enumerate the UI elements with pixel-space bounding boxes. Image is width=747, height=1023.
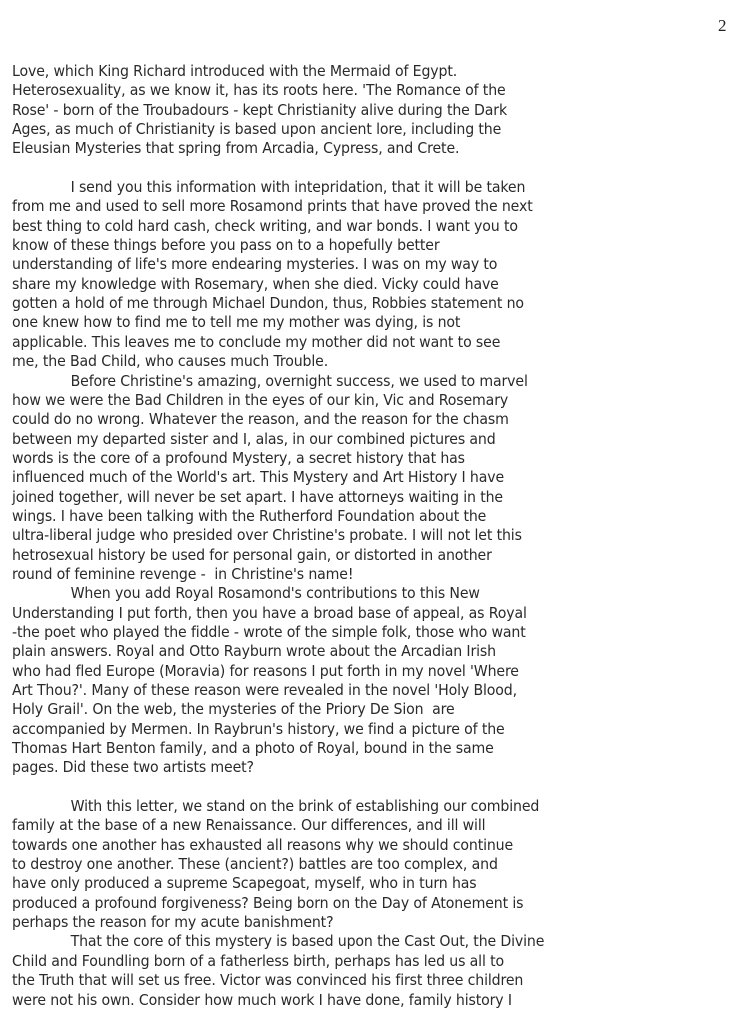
text-line: Love, which King Richard introduced with… (12, 62, 682, 81)
text-line: That the core of this mystery is based u… (12, 932, 682, 951)
text-line: Ages, as much of Christianity is based u… (12, 120, 682, 139)
text-line: pages. Did these two artists meet? (12, 758, 682, 777)
page-number: 2 (718, 16, 727, 36)
paragraph: I send you this information with intepri… (12, 178, 682, 371)
text-line: I send you this information with intepri… (12, 178, 682, 197)
text-line: perhaps the reason for my acute banishme… (12, 913, 682, 932)
text-line: understanding of life's more endearing m… (12, 255, 682, 274)
text-line: could do no wrong. Whatever the reason, … (12, 410, 682, 429)
text-line: best thing to cold hard cash, check writ… (12, 217, 682, 236)
paragraph: That the core of this mystery is based u… (12, 932, 682, 1009)
text-line: share my knowledge with Rosemary, when s… (12, 275, 682, 294)
text-line: Before Christine's amazing, overnight su… (12, 372, 682, 391)
paragraph: Love, which King Richard introduced with… (12, 62, 682, 159)
text-line: Rose' - born of the Troubadours - kept C… (12, 101, 682, 120)
text-line: how we were the Bad Children in the eyes… (12, 391, 682, 410)
text-line: influenced much of the World's art. This… (12, 468, 682, 487)
text-line: Heterosexuality, as we know it, has its … (12, 81, 682, 100)
text-line: Thomas Hart Benton family, and a photo o… (12, 739, 682, 758)
text-line: Art Thou?'. Many of these reason were re… (12, 681, 682, 700)
text-line: have only produced a supreme Scapegoat, … (12, 874, 682, 893)
text-line: family at the base of a new Renaissance.… (12, 816, 682, 835)
text-line: applicable. This leaves me to conclude m… (12, 333, 682, 352)
text-line: who had fled Europe (Moravia) for reason… (12, 662, 682, 681)
text-line: know of these things before you pass on … (12, 236, 682, 255)
paragraph: With this letter, we stand on the brink … (12, 797, 682, 932)
text-line: wings. I have been talking with the Ruth… (12, 507, 682, 526)
text-line: plain answers. Royal and Otto Rayburn wr… (12, 642, 682, 661)
text-line: words is the core of a profound Mystery,… (12, 449, 682, 468)
paragraph: Before Christine's amazing, overnight su… (12, 372, 682, 585)
text-line: ultra-liberal judge who presided over Ch… (12, 526, 682, 545)
text-line: me, the Bad Child, who causes much Troub… (12, 352, 682, 371)
text-line: produced a profound forgiveness? Being b… (12, 894, 682, 913)
text-line: When you add Royal Rosamond's contributi… (12, 584, 682, 603)
text-line: gotten a hold of me through Michael Dund… (12, 294, 682, 313)
text-line: Child and Foundling born of a fatherless… (12, 952, 682, 971)
text-line: joined together, will never be set apart… (12, 488, 682, 507)
text-line: -the poet who played the fiddle - wrote … (12, 623, 682, 642)
text-line: between my departed sister and I, alas, … (12, 430, 682, 449)
text-line: Understanding I put forth, then you have… (12, 604, 682, 623)
text-line: from me and used to sell more Rosamond p… (12, 197, 682, 216)
text-line: round of feminine revenge - in Christine… (12, 565, 682, 584)
text-line: accompanied by Mermen. In Raybrun's hist… (12, 720, 682, 739)
text-line: one knew how to find me to tell me my mo… (12, 313, 682, 332)
text-line: Holy Grail'. On the web, the mysteries o… (12, 700, 682, 719)
paragraph: When you add Royal Rosamond's contributi… (12, 584, 682, 777)
text-line: towards one another has exhausted all re… (12, 836, 682, 855)
text-line: to destroy one another. These (ancient?)… (12, 855, 682, 874)
text-line: hetrosexual history be used for personal… (12, 546, 682, 565)
paragraph-gap (12, 778, 682, 797)
letter-body: Love, which King Richard introduced with… (12, 62, 682, 1010)
text-line: the Truth that will set us free. Victor … (12, 971, 682, 990)
text-line: Eleusian Mysteries that spring from Arca… (12, 139, 682, 158)
text-line: With this letter, we stand on the brink … (12, 797, 682, 816)
text-line: were not his own. Consider how much work… (12, 991, 682, 1010)
paragraph-gap (12, 159, 682, 178)
